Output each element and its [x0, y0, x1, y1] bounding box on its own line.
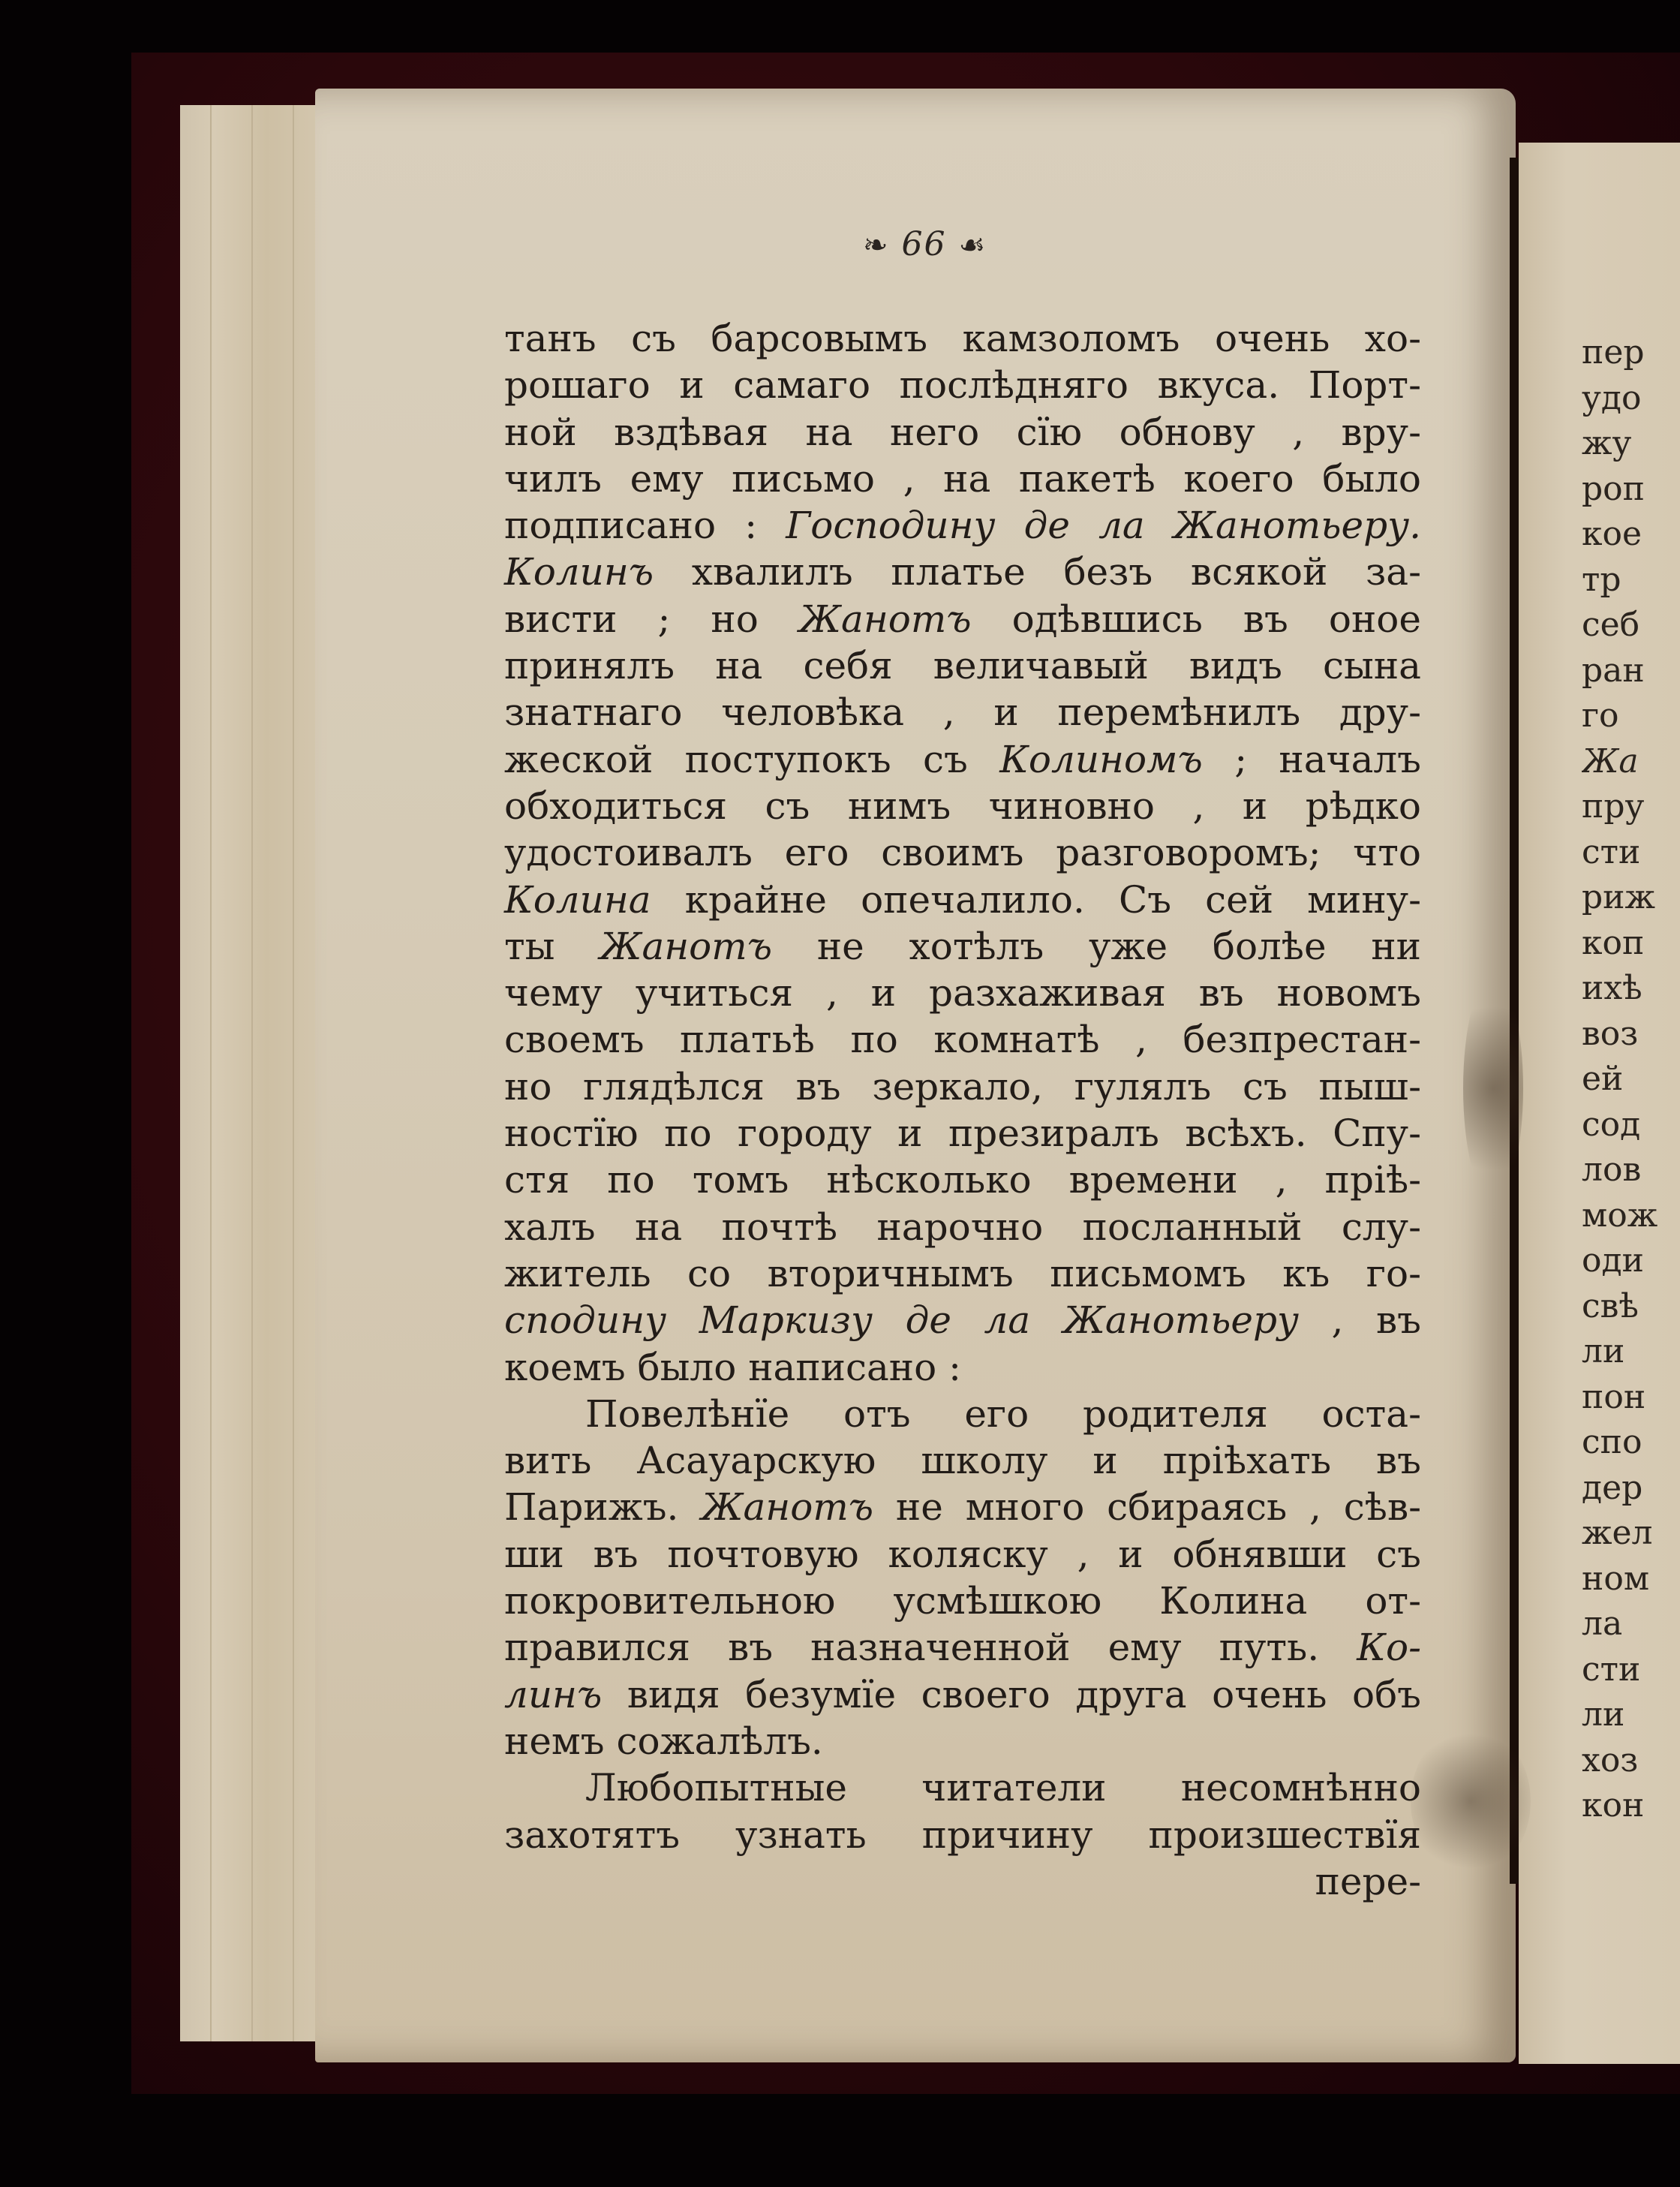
fragment-line: пру — [1582, 784, 1680, 830]
left-page-body-text: танъ съ барсовымъ камзоломъ очень хо-рош… — [504, 315, 1421, 1905]
text-segment: видя безумїе своего друга очень объ — [602, 1673, 1421, 1716]
text-segment: знатнаго человѣка , и перемѣнилъ дру- — [504, 690, 1421, 734]
page-edge — [251, 105, 253, 2041]
fragment-line: го — [1582, 693, 1680, 739]
text-segment: чему учиться , и разхаживая въ новомъ — [504, 971, 1421, 1015]
text-segment: ностїю по городу и презиралъ всѣхъ. Спу- — [504, 1112, 1421, 1155]
text-line: танъ съ барсовымъ камзоломъ очень хо- — [504, 315, 1421, 362]
fragment-line: жу — [1582, 421, 1680, 467]
text-line: но глядѣлся въ зеркало, гулялъ съ пыш- — [504, 1063, 1421, 1110]
ornament-left-icon: ❧ — [863, 228, 890, 263]
fragment-line: Жа — [1582, 739, 1680, 785]
text-line: рошаго и самаго послѣдняго вкуса. Порт- — [504, 362, 1421, 408]
text-line: коемъ было написано : — [504, 1344, 1421, 1391]
text-line: подписано : Господину де ла Жанотьеру. — [504, 502, 1421, 549]
fragment-line: лов — [1582, 1148, 1680, 1193]
text-segment: не хотѣлъ уже болѣе ни — [772, 925, 1421, 968]
running-head: ❧ 66 ☙ — [863, 225, 987, 263]
text-segment: одѣвшись въ оное — [972, 597, 1421, 641]
text-segment: не много сбираясь , сѣв- — [873, 1485, 1421, 1529]
fragment-line: пон — [1582, 1375, 1680, 1421]
fragment-line: пер — [1582, 330, 1680, 376]
text-segment: своемъ платьѣ по комнатѣ , безпрестан- — [504, 1018, 1421, 1061]
text-segment: пере- — [1315, 1860, 1421, 1903]
text-segment: танъ съ барсовымъ камзоломъ очень хо- — [504, 317, 1421, 360]
text-segment: захотятъ узнать причину произшествїя — [504, 1813, 1421, 1857]
text-segment: покровительною усмѣшкою Колина от- — [504, 1579, 1421, 1623]
text-segment: Любопытные читатели несомнѣнно — [585, 1766, 1421, 1809]
text-line: своемъ платьѣ по комнатѣ , безпрестан- — [504, 1016, 1421, 1063]
text-line: ной вздѣвая на него сїю обнову , вру- — [504, 409, 1421, 456]
fragment-line: коп — [1582, 921, 1680, 967]
fragment-line: ей — [1582, 1057, 1680, 1103]
italic-name: Колиномъ — [999, 738, 1203, 781]
fragment-line: риж — [1582, 875, 1680, 921]
text-segment: чилъ ему письмо , на пакетѣ коего было — [504, 457, 1421, 501]
fragment-line: оди — [1582, 1238, 1680, 1284]
text-line: стя по томъ нѣсколько времени , прiѣ- — [504, 1157, 1421, 1203]
fragment-line: роп — [1582, 467, 1680, 513]
fragment-line: ла — [1582, 1602, 1680, 1647]
fragment-line: ран — [1582, 648, 1680, 694]
text-line: житель со вторичнымъ письмомъ къ го- — [504, 1250, 1421, 1297]
fragment-line: кое — [1582, 512, 1680, 558]
fragment-line: сод — [1582, 1103, 1680, 1148]
foxing-stain — [1411, 1726, 1531, 1876]
text-segment: ты — [504, 925, 600, 968]
text-segment: удостоивалъ его своимъ разговоромъ; что — [504, 831, 1421, 874]
page-edge — [210, 105, 212, 2041]
text-segment: , въ — [1299, 1298, 1421, 1342]
italic-name: Колинъ — [504, 550, 654, 594]
text-line: ты Жанотъ не хотѣлъ уже болѣе ни — [504, 923, 1421, 970]
text-segment: стя по томъ нѣсколько времени , прiѣ- — [504, 1158, 1421, 1202]
text-segment: ши въ почтовую коляску , и обнявши съ — [504, 1533, 1421, 1576]
text-line: захотятъ узнать причину произшествїя — [504, 1812, 1421, 1858]
text-line: висти ; но Жанотъ одѣвшись въ оное — [504, 596, 1421, 642]
text-segment: ной вздѣвая на него сїю обнову , вру- — [504, 411, 1421, 454]
italic-name: Жанотъ — [600, 925, 772, 968]
right-page-fragment-text: перудожуропкоетрсебрангоЖапрустирижкопих… — [1582, 330, 1680, 1829]
text-line: знатнаго человѣка , и перемѣнилъ дру- — [504, 689, 1421, 736]
italic-name: Ко- — [1357, 1626, 1421, 1669]
catchword: пере- — [504, 1858, 1421, 1905]
text-segment: рошаго и самаго послѣдняго вкуса. Порт- — [504, 363, 1421, 407]
text-segment: подписано : — [504, 504, 786, 547]
italic-name: Господину де ла Жанотьеру. — [786, 504, 1421, 547]
fragment-line: хоз — [1582, 1738, 1680, 1784]
text-line: чилъ ему письмо , на пакетѣ коего было — [504, 456, 1421, 502]
fragment-line: себ — [1582, 603, 1680, 648]
fragment-line: кон — [1582, 1783, 1680, 1829]
text-segment: вить Асауарскую школу и прiѣхать въ — [504, 1439, 1421, 1482]
text-line: Колинъ хвалилъ платье безъ всякой за- — [504, 549, 1421, 595]
text-segment: Повелѣнїе отъ его родителя оста- — [585, 1392, 1421, 1436]
fragment-line: ном — [1582, 1557, 1680, 1602]
text-segment: обходиться съ нимъ чиновно , и рѣдко — [504, 784, 1421, 828]
text-line: вить Асауарскую школу и прiѣхать въ — [504, 1437, 1421, 1484]
text-line: ностїю по городу и презиралъ всѣхъ. Спу- — [504, 1110, 1421, 1157]
fragment-line: тр — [1582, 558, 1680, 603]
text-line: обходиться съ нимъ чиновно , и рѣдко — [504, 783, 1421, 829]
fragment-line: жел — [1582, 1511, 1680, 1557]
fragment-line: дер — [1582, 1466, 1680, 1512]
text-line: сподину Маркизу де ла Жанотьеру , въ — [504, 1297, 1421, 1343]
text-segment: жеской поступокъ съ — [504, 738, 999, 781]
text-line: линъ видя безумїе своего друга очень объ — [504, 1671, 1421, 1718]
text-line: Повелѣнїе отъ его родителя оста- — [504, 1391, 1421, 1437]
text-segment: принялъ на себя величавый видъ сына — [504, 644, 1421, 687]
text-segment: житель со вторичнымъ письмомъ къ го- — [504, 1252, 1421, 1295]
text-line: чему учиться , и разхаживая въ новомъ — [504, 970, 1421, 1016]
italic-name: Колина — [504, 878, 651, 922]
text-segment: крайне опечалило. Съ сей мину- — [651, 878, 1421, 922]
page-edge — [293, 105, 294, 2041]
text-line: Любопытные читатели несомнѣнно — [504, 1764, 1421, 1811]
text-segment: халъ на почтѣ нарочно посланный слу- — [504, 1205, 1421, 1249]
text-segment: но глядѣлся въ зеркало, гулялъ съ пыш- — [504, 1065, 1421, 1109]
fragment-line: спо — [1582, 1420, 1680, 1466]
text-segment: Парижъ. — [504, 1485, 701, 1529]
text-line: Парижъ. Жанотъ не много сбираясь , сѣв- — [504, 1484, 1421, 1530]
italic-name: линъ — [504, 1673, 602, 1716]
text-segment: коемъ было написано : — [504, 1346, 961, 1389]
text-segment: немъ сожалѣлъ. — [504, 1719, 823, 1763]
text-line: халъ на почтѣ нарочно посланный слу- — [504, 1204, 1421, 1250]
text-line: принялъ на себя величавый видъ сына — [504, 642, 1421, 689]
text-segment: ; началъ — [1203, 738, 1421, 781]
text-line: ши въ почтовую коляску , и обнявши съ — [504, 1531, 1421, 1578]
italic-name: сподину Маркизу де ла Жанотьеру — [504, 1298, 1299, 1342]
fragment-line: сти — [1582, 830, 1680, 876]
italic-name: Жанотъ — [701, 1485, 873, 1529]
foxing-stain — [1463, 976, 1523, 1201]
fragment-line: ли — [1582, 1329, 1680, 1375]
ornament-right-icon: ☙ — [959, 228, 987, 263]
text-line: немъ сожалѣлъ. — [504, 1718, 1421, 1764]
text-segment: правился въ назначенной ему путь. — [504, 1626, 1357, 1669]
text-line: покровительною усмѣшкою Колина от- — [504, 1578, 1421, 1624]
page-number: 66 — [902, 225, 947, 263]
fragment-line: свѣ — [1582, 1284, 1680, 1330]
fragment-line: ихѣ — [1582, 966, 1680, 1012]
fragment-line: ли — [1582, 1692, 1680, 1738]
fragment-line: мож — [1582, 1193, 1680, 1239]
text-line: удостоивалъ его своимъ разговоромъ; что — [504, 829, 1421, 876]
italic-name: Жанотъ — [799, 597, 972, 641]
fragment-line: удо — [1582, 376, 1680, 422]
text-line: жеской поступокъ съ Колиномъ ; началъ — [504, 736, 1421, 783]
text-segment: хвалилъ платье безъ всякой за- — [654, 550, 1421, 594]
text-line: Колина крайне опечалило. Съ сей мину- — [504, 877, 1421, 923]
text-line: правился въ назначенной ему путь. Ко- — [504, 1624, 1421, 1671]
fragment-line: воз — [1582, 1012, 1680, 1057]
text-segment: висти ; но — [504, 597, 799, 641]
fragment-line: сти — [1582, 1647, 1680, 1693]
